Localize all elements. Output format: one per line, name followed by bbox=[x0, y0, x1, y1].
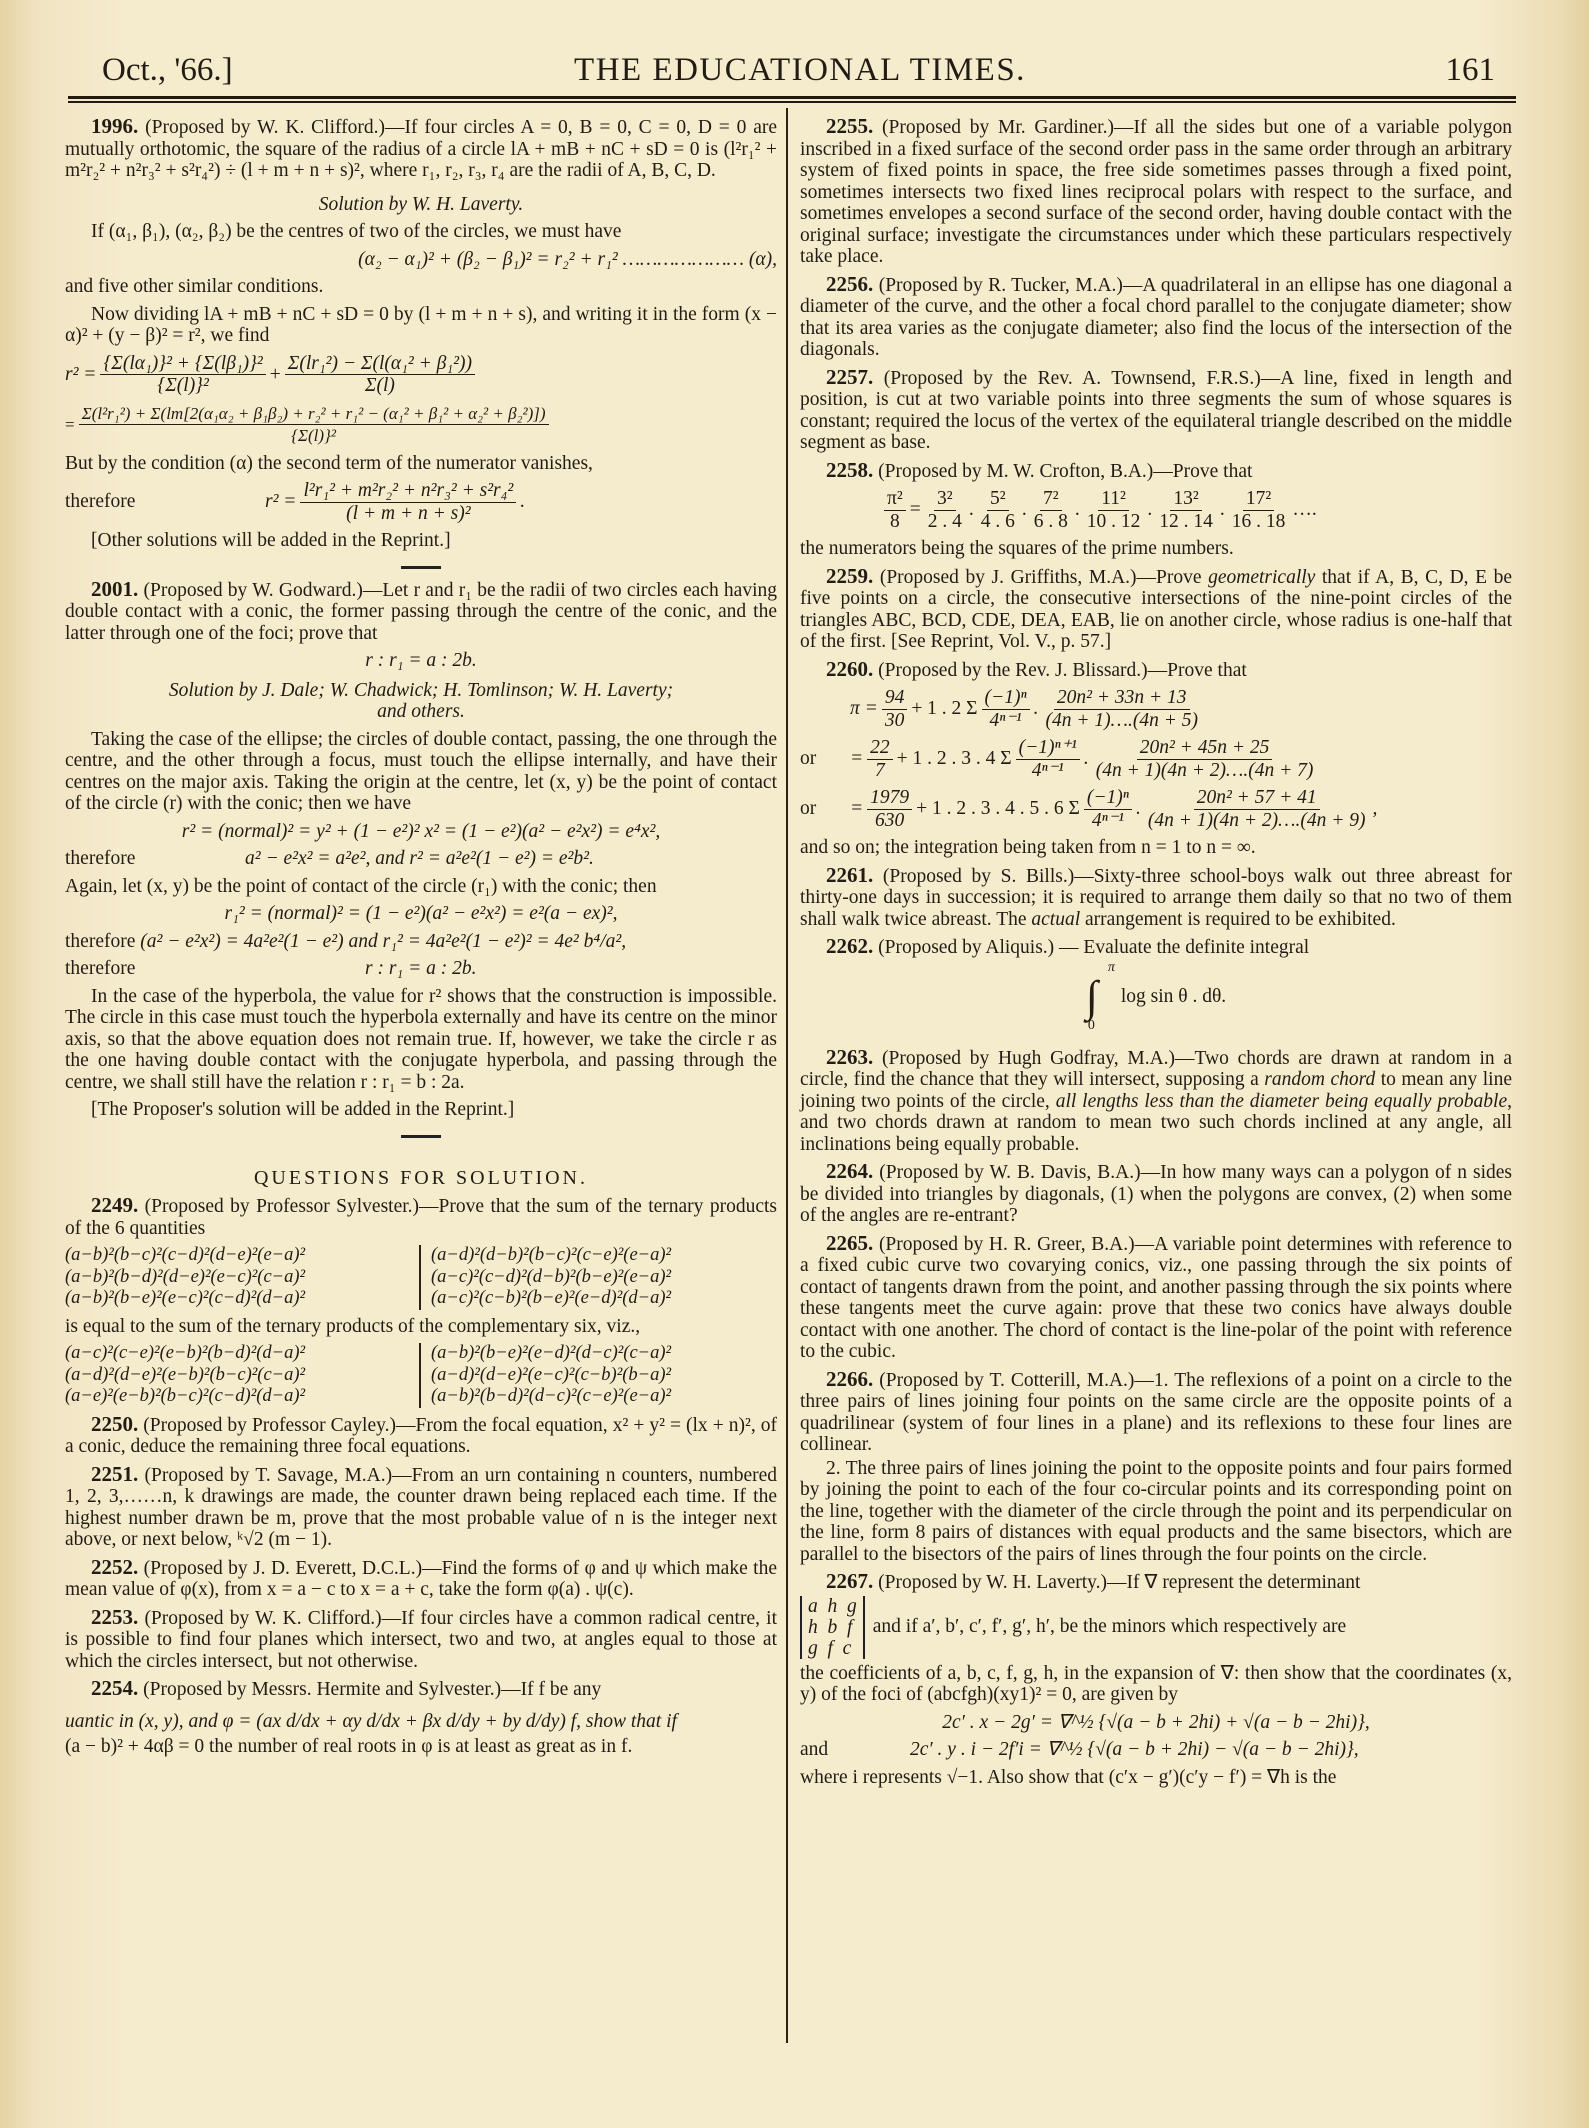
question-2252: 2252. (Proposed by J. D. Everett, D.C.L.… bbox=[65, 1557, 777, 1601]
paragraph: In the case of the hyperbola, the value … bbox=[65, 986, 777, 1094]
paragraph: But by the condition (α) the second term… bbox=[65, 453, 777, 475]
product-row: (a−b)²(b−d)²(d−e)²(e−c)²(c−a)² bbox=[65, 1267, 411, 1289]
and-label: and bbox=[800, 1739, 910, 1761]
question-number: 2260. bbox=[826, 657, 873, 681]
equation: 2c′ . x − 2g′ = ∇^½ {√(a − b + 2hi) + √(… bbox=[800, 1712, 1512, 1734]
fraction: 9430 bbox=[882, 687, 908, 731]
determinant: a h g h b f g f c bbox=[800, 1596, 865, 1659]
question-2262: 2262. (Proposed by Aliquis.) — Evaluate … bbox=[800, 936, 1512, 1033]
definite-integral: π ∫ 0 log sin θ . dθ. bbox=[800, 961, 1512, 1033]
equation-r-squared-expanded: = Σ(l²r₁²) + Σ(lm[2(α₁α₂ + β₁β₂) + r₂² +… bbox=[65, 403, 777, 447]
therefore-label: therefore bbox=[65, 848, 245, 870]
header-rule bbox=[68, 96, 1516, 99]
fraction: 227 bbox=[867, 737, 893, 781]
paragraph: the numerators being the squares of the … bbox=[800, 538, 1512, 560]
product-row: (a−d)²(d−e)²(e−c)²(c−b)²(b−a)² bbox=[431, 1365, 777, 1387]
fraction: 7²6 . 8 bbox=[1031, 488, 1071, 532]
question-2257: 2257. (Proposed by the Rev. A. Townsend,… bbox=[800, 367, 1512, 454]
denominator: 630 bbox=[872, 810, 907, 832]
determinant-row: g f c bbox=[808, 1638, 857, 1659]
numerator: 3² bbox=[934, 488, 956, 511]
numerator: 22 bbox=[867, 737, 893, 760]
question-2267: 2267. (Proposed by W. H. Laverty.)—If ∇ … bbox=[800, 1571, 1512, 1788]
question-text: —Prove bbox=[1137, 567, 1209, 588]
question-2250: 2250. (Proposed by Professor Cayley.)—Fr… bbox=[65, 1414, 777, 1458]
question-number: 2255. bbox=[826, 114, 873, 138]
proposer: (Proposed by Mr. Gardiner.) bbox=[882, 117, 1114, 138]
products-set-2: (a−c)²(c−e)²(e−b)²(b−d)²(d−a)² (a−d)²(d−… bbox=[65, 1343, 777, 1408]
question-text: —If ∇ represent the determinant bbox=[1107, 1572, 1360, 1593]
question-2261: 2261. (Proposed by S. Bills.)—Sixty-thre… bbox=[800, 865, 1512, 931]
integral-sign: π ∫ 0 bbox=[1086, 961, 1115, 1033]
series-coefficient: + 1 . 2 . 3 . 4 . 5 . 6 Σ bbox=[916, 798, 1080, 820]
proposer: (Proposed by Messrs. Hermite and Sylvest… bbox=[143, 1679, 501, 1700]
question-number: 2253. bbox=[91, 1605, 138, 1629]
numerator: 5² bbox=[987, 488, 1009, 511]
punctuation: , bbox=[1372, 798, 1377, 820]
product-row: (a−c)²(c−b)²(b−e)²(e−d)²(d−a)² bbox=[431, 1288, 777, 1310]
equation: r² = (normal)² = y² + (1 − e²)² x² = (1 … bbox=[65, 821, 777, 843]
proposer: (Proposed by the Rev. A. Townsend, F.R.S… bbox=[884, 368, 1261, 389]
question-2266: 2266. (Proposed by T. Cotterill, M.A.)—1… bbox=[800, 1369, 1512, 1566]
question-number: 1996. bbox=[91, 114, 138, 138]
emphasis: geometrically bbox=[1208, 567, 1315, 588]
equation-final: therefore r² = l²r₁² + m²r₂² + n²r₃² + s… bbox=[65, 480, 777, 524]
emphasis: all lengths less than the diameter being… bbox=[1056, 1091, 1507, 1112]
or-label: or bbox=[800, 798, 850, 820]
or-label: or bbox=[800, 748, 850, 770]
product-row: (a−d)²(d−b)²(b−c)²(c−e)²(e−a)² bbox=[431, 1245, 777, 1267]
proposer: (Proposed by M. W. Crofton, B.A.) bbox=[878, 461, 1153, 482]
denominator: 4 . 6 bbox=[978, 511, 1018, 533]
denominator: 10 . 12 bbox=[1084, 511, 1144, 533]
question-number: 2264. bbox=[826, 1159, 873, 1183]
question-number: 2257. bbox=[826, 365, 873, 389]
equation: r₁² = (normal)² = (1 − e²)(a² − e²x²) = … bbox=[65, 903, 777, 925]
numerator: 13² bbox=[1170, 488, 1201, 511]
fraction: 20n² + 57 + 41(4n + 1)(4n + 2)….(4n + 9) bbox=[1145, 787, 1369, 831]
determinant-row: h b f bbox=[808, 1617, 857, 1638]
equation-line: uantic in (x, y), and φ = (ax d/dx + αy … bbox=[65, 1711, 777, 1733]
series-coefficient: + 1 . 2 . 3 . 4 Σ bbox=[897, 748, 1012, 770]
numerator: Σ(l²r₁²) + Σ(lm[2(α₁α₂ + β₁β₂) + r₂² + r… bbox=[79, 403, 549, 426]
proposer: (Proposed by W. K. Clifford.) bbox=[144, 1608, 381, 1629]
numerator: Σ(lr₁²) − Σ(l(α₁² + β₁²)) bbox=[285, 353, 475, 376]
emphasis: actual bbox=[1031, 909, 1080, 930]
question-text: —If all the sides but one of a variable … bbox=[800, 117, 1512, 267]
product-row: (a−b)²(b−d)²(d−c)²(c−e)²(e−a)² bbox=[431, 1386, 777, 1408]
denominator: 30 bbox=[882, 710, 908, 732]
numerator: (−1)ⁿ bbox=[1084, 787, 1132, 810]
denominator: 16 . 18 bbox=[1229, 511, 1289, 533]
denominator: 12 . 14 bbox=[1156, 511, 1216, 533]
paragraph: Now dividing lA + mB + nC + sD = 0 by (l… bbox=[65, 304, 777, 347]
question-2260: 2260. (Proposed by the Rev. J. Blissard.… bbox=[800, 659, 1512, 859]
fraction: {Σ(lα₁)}² + {Σ(lβ₁)}²{Σ(l)}² bbox=[100, 353, 265, 397]
question-2258: 2258. (Proposed by M. W. Crofton, B.A.)—… bbox=[800, 460, 1512, 560]
fraction: l²r₁² + m²r₂² + n²r₃² + s²r₄²(l + m + n … bbox=[300, 480, 516, 524]
therefore-label: therefore bbox=[65, 491, 265, 513]
denominator: (4n + 1)(4n + 2)….(4n + 9) bbox=[1145, 810, 1369, 832]
determinant-line: a h g h b f g f c and if a′, b′, c′, f′,… bbox=[800, 1596, 1512, 1659]
paragraph: If (α₁, β₁), (α₂, β₂) be the centres of … bbox=[65, 221, 777, 243]
proposer: (Proposed by T. Cotterill, M.A.) bbox=[879, 1370, 1134, 1391]
numerator: 20n² + 57 + 41 bbox=[1194, 787, 1320, 810]
paragraph: the coefficients of a, b, c, f, g, h, in… bbox=[800, 1663, 1512, 1706]
product-row: (a−b)²(b−e)²(e−d)²(d−c)²(c−a)² bbox=[431, 1343, 777, 1365]
fraction: 13²12 . 14 bbox=[1156, 488, 1216, 532]
proposer: (Proposed by J. D. Everett, D.C.L.) bbox=[144, 1558, 422, 1579]
question-number: 2251. bbox=[91, 1462, 138, 1486]
proposer: (Proposed by Aliquis.) bbox=[878, 937, 1054, 958]
equation-lhs: π = bbox=[850, 698, 878, 720]
question-2255: 2255. (Proposed by Mr. Gardiner.)—If all… bbox=[800, 116, 1512, 268]
series-coefficient: + 1 . 2 Σ bbox=[911, 698, 977, 720]
numerator: (−1)ⁿ⁺¹ bbox=[1016, 737, 1080, 760]
column-divider bbox=[786, 108, 788, 2043]
question-number: 2249. bbox=[91, 1193, 138, 1217]
proposer: (Proposed by H. R. Greer, B.A.) bbox=[879, 1234, 1135, 1255]
question-text: —If f be any bbox=[501, 1679, 601, 1700]
paragraph: Again, let (x, y) be the point of contac… bbox=[65, 876, 777, 898]
denominator: 8 bbox=[887, 511, 903, 533]
series-equation: or = 1979630 + 1 . 2 . 3 . 4 . 5 . 6 Σ (… bbox=[800, 787, 1512, 831]
question-2256: 2256. (Proposed by R. Tucker, M.A.)—A qu… bbox=[800, 274, 1512, 361]
product-row: (a−d)²(d−e)²(e−b)²(b−c)²(c−a)² bbox=[65, 1365, 411, 1387]
numerator: 7² bbox=[1040, 488, 1062, 511]
page-number: 161 bbox=[1446, 52, 1496, 89]
equation: r : r₁ = a : 2b. bbox=[65, 650, 777, 672]
denominator: 6 . 8 bbox=[1031, 511, 1071, 533]
denominator: 4ⁿ⁻¹ bbox=[1029, 760, 1067, 782]
denominator: (4n + 1)(4n + 2)….(4n + 7) bbox=[1093, 760, 1317, 782]
denominator: 7 bbox=[872, 760, 888, 782]
question-number: 2254. bbox=[91, 1676, 138, 1700]
paragraph: and five other similar conditions. bbox=[65, 276, 777, 298]
numerator: 94 bbox=[882, 687, 908, 710]
page-header: Oct., '66.] THE EDUCATIONAL TIMES. 161 bbox=[60, 52, 1540, 92]
equation-lhs: = bbox=[850, 748, 863, 770]
question-number: 2265. bbox=[826, 1231, 873, 1255]
separator-rule bbox=[401, 1135, 441, 1138]
proposer: (Proposed by Professor Cayley.) bbox=[143, 1415, 396, 1436]
editor-note: [Other solutions will be added in the Re… bbox=[65, 530, 777, 552]
determinant-row: a h g bbox=[808, 1596, 857, 1617]
numerator: (−1)ⁿ bbox=[982, 687, 1030, 710]
equation-line: (a − b)² + 4αβ = 0 the number of real ro… bbox=[65, 1736, 777, 1758]
equation-r-squared: r² = {Σ(lα₁)}² + {Σ(lβ₁)}²{Σ(l)}² + Σ(lr… bbox=[65, 353, 777, 397]
question-text: —Prove that bbox=[1153, 461, 1252, 482]
denominator: Σ(l) bbox=[362, 375, 398, 397]
question-number: 2001. bbox=[91, 577, 138, 601]
denominator: (l + m + n + s)² bbox=[343, 503, 473, 525]
denominator: 4ⁿ⁻¹ bbox=[987, 710, 1025, 732]
right-column: 2255. (Proposed by Mr. Gardiner.)—If all… bbox=[800, 108, 1512, 1794]
fraction: Σ(lr₁²) − Σ(l(α₁² + β₁²))Σ(l) bbox=[285, 353, 475, 397]
proposer: (Proposed by R. Tucker, M.A.) bbox=[879, 275, 1123, 296]
denominator: (4n + 1)….(4n + 5) bbox=[1042, 710, 1201, 732]
fraction: 17²16 . 18 bbox=[1229, 488, 1289, 532]
fraction: 20n² + 45n + 25(4n + 1)(4n + 2)….(4n + 7… bbox=[1093, 737, 1317, 781]
fraction: 3²2 . 4 bbox=[925, 488, 965, 532]
numerator: 17² bbox=[1243, 488, 1274, 511]
question-2253: 2253. (Proposed by W. K. Clifford.)—If f… bbox=[65, 1607, 777, 1673]
equation-lhs: = bbox=[850, 798, 863, 820]
emphasis: random chord bbox=[1264, 1069, 1375, 1090]
fraction: 5²4 . 6 bbox=[978, 488, 1018, 532]
paragraph: Taking the case of the ellipse; the circ… bbox=[65, 729, 777, 815]
question-text: arrangement is required to be exhibited. bbox=[1080, 909, 1396, 930]
fraction: 20n² + 33n + 13(4n + 1)….(4n + 5) bbox=[1042, 687, 1201, 731]
journal-title: THE EDUCATIONAL TIMES. bbox=[60, 52, 1540, 89]
question-number: 2266. bbox=[826, 1367, 873, 1391]
editor-note: [The Proposer's solution will be added i… bbox=[65, 1099, 777, 1121]
numerator: 20n² + 45n + 25 bbox=[1137, 737, 1273, 760]
fraction: 11²10 . 12 bbox=[1084, 488, 1144, 532]
question-text: and if a′, b′, c′, f′, g′, h′, be the mi… bbox=[873, 1616, 1346, 1638]
equation-lhs: r² = bbox=[65, 364, 96, 386]
fraction: Σ(l²r₁²) + Σ(lm[2(α₁α₂ + β₁β₂) + r₂² + r… bbox=[79, 403, 549, 447]
question-text: — Evaluate the definite integral bbox=[1054, 937, 1309, 958]
paragraph: and so on; the integration being taken f… bbox=[800, 837, 1512, 859]
proposer: (Proposed by W. B. Davis, B.A.) bbox=[879, 1162, 1140, 1183]
fraction: π²8 bbox=[884, 488, 906, 532]
question-number: 2250. bbox=[91, 1412, 138, 1436]
question-2259: 2259. (Proposed by J. Griffiths, M.A.)—P… bbox=[800, 566, 1512, 653]
series-equation: or = 227 + 1 . 2 . 3 . 4 Σ (−1)ⁿ⁺¹4ⁿ⁻¹. … bbox=[800, 737, 1512, 781]
denominator: 4ⁿ⁻¹ bbox=[1089, 810, 1127, 832]
equation-line: and2c′ . y . i − 2f′i = ∇^½ {√(a − b + 2… bbox=[800, 1739, 1512, 1761]
numerator: π² bbox=[884, 488, 906, 511]
product-formula: π²8= 3²2 . 4. 5²4 . 6. 7²6 . 8. 11²10 . … bbox=[800, 488, 1512, 532]
question-part-2: 2. The three pairs of lines joining the … bbox=[800, 1458, 1512, 1566]
proposer: (Proposed by Professor Sylvester.) bbox=[145, 1196, 419, 1217]
equation-line: thereforer : r₁ = a : 2b. bbox=[65, 958, 777, 980]
question-number: 2262. bbox=[826, 934, 873, 958]
question-number: 2258. bbox=[826, 458, 873, 482]
question-number: 2267. bbox=[826, 1569, 873, 1593]
numerator: 11² bbox=[1098, 488, 1129, 511]
proposer: (Proposed by the Rev. J. Blissard.) bbox=[878, 660, 1148, 681]
header-rule-double bbox=[68, 101, 1516, 103]
equation: (a² − e²x²) = 4a²e²(1 − e²) and r₁² = 4a… bbox=[140, 931, 626, 952]
journal-page: Oct., '66.] THE EDUCATIONAL TIMES. 161 1… bbox=[60, 0, 1540, 2128]
equation-line: therefore (a² − e²x²) = 4a²e²(1 − e²) an… bbox=[65, 931, 777, 953]
proposer: (Proposed by S. Bills.) bbox=[883, 866, 1074, 887]
integrand: log sin θ . dθ. bbox=[1121, 986, 1226, 1008]
section-heading: QUESTIONS FOR SOLUTION. bbox=[65, 1168, 777, 1190]
denominator: {Σ(l)}² bbox=[288, 425, 339, 447]
solution-by-others: and others. bbox=[65, 701, 777, 723]
question-1996: 1996. (Proposed by W. K. Clifford.)—If f… bbox=[65, 116, 777, 552]
product-row: (a−c)²(c−d)²(d−b)²(b−e)²(e−a)² bbox=[431, 1267, 777, 1289]
numerator: 1979 bbox=[867, 787, 912, 810]
question-number: 2261. bbox=[826, 863, 873, 887]
product-row: (a−e)²(e−b)²(b−c)²(c−d)²(d−a)² bbox=[65, 1386, 411, 1408]
denominator: {Σ(l)}² bbox=[154, 375, 211, 397]
proposer: (Proposed by W. H. Laverty.) bbox=[878, 1572, 1107, 1593]
question-2265: 2265. (Proposed by H. R. Greer, B.A.)—A … bbox=[800, 1233, 1512, 1363]
question-2001: 2001. (Proposed by W. Godward.)—Let r an… bbox=[65, 579, 777, 1121]
question-2254: 2254. (Proposed by Messrs. Hermite and S… bbox=[65, 1678, 777, 1758]
question-number: 2259. bbox=[826, 564, 873, 588]
equation: 2c′ . y . i − 2f′i = ∇^½ {√(a − b + 2hi)… bbox=[910, 1739, 1359, 1760]
paragraph: is equal to the sum of the ternary produ… bbox=[65, 1316, 777, 1338]
question-2251: 2251. (Proposed by T. Savage, M.A.)—From… bbox=[65, 1464, 777, 1551]
fraction: (−1)ⁿ4ⁿ⁻¹ bbox=[982, 687, 1030, 731]
denominator: 2 . 4 bbox=[925, 511, 965, 533]
fraction: (−1)ⁿ⁺¹4ⁿ⁻¹ bbox=[1016, 737, 1080, 781]
product-row: (a−b)²(b−e)²(e−c)²(c−d)²(d−a)² bbox=[65, 1288, 411, 1310]
question-number: 2252. bbox=[91, 1555, 138, 1579]
numerator: 20n² + 33n + 13 bbox=[1054, 687, 1190, 710]
proposer: (Proposed by J. Griffiths, M.A.) bbox=[880, 567, 1137, 588]
equation-alpha: (α₂ − α₁)² + (β₂ − β₁)² = r₂² + r₁² …………… bbox=[65, 249, 777, 271]
proposer: (Proposed by W. K. Clifford.) bbox=[145, 117, 385, 138]
left-column: 1996. (Proposed by W. K. Clifford.)—If f… bbox=[65, 108, 777, 1764]
question-2263: 2263. (Proposed by Hugh Godfray, M.A.)—T… bbox=[800, 1047, 1512, 1156]
series-equation: π = 9430 + 1 . 2 Σ (−1)ⁿ4ⁿ⁻¹. 20n² + 33n… bbox=[800, 687, 1512, 731]
products-set-1: (a−b)²(b−c)²(c−d)²(d−e)²(e−a)² (a−b)²(b−… bbox=[65, 1245, 777, 1310]
question-2264: 2264. (Proposed by W. B. Davis, B.A.)—In… bbox=[800, 1161, 1512, 1227]
question-number: 2263. bbox=[826, 1045, 873, 1069]
question-number: 2256. bbox=[826, 272, 873, 296]
fraction: (−1)ⁿ4ⁿ⁻¹ bbox=[1084, 787, 1132, 831]
proposer: (Proposed by Hugh Godfray, M.A.) bbox=[882, 1048, 1175, 1069]
equation-line: thereforea² − e²x² = a²e², and r² = a²e²… bbox=[65, 848, 777, 870]
question-text: —Prove that bbox=[1148, 660, 1247, 681]
integral-lower-limit: 0 bbox=[1086, 1019, 1095, 1033]
proposer: (Proposed by T. Savage, M.A.) bbox=[145, 1465, 393, 1486]
solution-by: Solution by W. H. Laverty. bbox=[65, 194, 777, 216]
fraction: 1979630 bbox=[867, 787, 912, 831]
paragraph: where i represents √−1. Also show that (… bbox=[800, 1767, 1512, 1789]
equation: r : r₁ = a : 2b. bbox=[365, 958, 476, 979]
question-2249: 2249. (Proposed by Professor Sylvester.)… bbox=[65, 1195, 777, 1408]
therefore-label: therefore bbox=[65, 958, 365, 980]
proposer: (Proposed by W. Godward.) bbox=[144, 580, 363, 601]
separator-rule bbox=[401, 566, 441, 569]
numerator: {Σ(lα₁)}² + {Σ(lβ₁)}² bbox=[100, 353, 265, 376]
therefore-label: therefore bbox=[65, 931, 135, 952]
numerator: l²r₁² + m²r₂² + n²r₃² + s²r₄² bbox=[300, 480, 516, 503]
product-row: (a−b)²(b−c)²(c−d)²(d−e)²(e−a)² bbox=[65, 1245, 411, 1267]
solution-by: Solution by J. Dale; W. Chadwick; H. Tom… bbox=[65, 680, 777, 702]
equation: a² − e²x² = a²e², and r² = a²e²(1 − e²) … bbox=[245, 848, 594, 869]
product-row: (a−c)²(c−e)²(e−b)²(b−d)²(d−a)² bbox=[65, 1343, 411, 1365]
